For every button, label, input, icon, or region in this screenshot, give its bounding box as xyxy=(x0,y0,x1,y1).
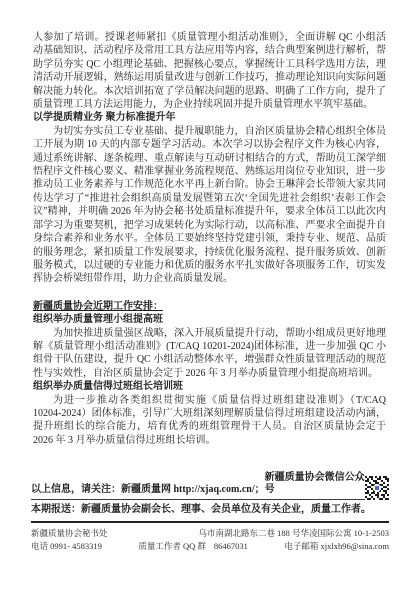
office-address: 乌市南湖北路东二巷 188 号华凌国际公寓 10-1-2503 xyxy=(198,527,389,540)
paragraph-qc-advanced-class: 为加快推进质量强区战略，深入开展质量提升行动，帮助小组成员更好地理解《质量管理小… xyxy=(33,327,386,381)
email-address: xjxlxh96@sina.com xyxy=(320,541,389,551)
divider-line xyxy=(31,499,389,500)
qq-group: 质量工作者 QQ 群86467031 xyxy=(138,540,248,553)
footer-row-contacts: 电话 0991- 4583319 质量工作者 QQ 群86467031 电子邮箱… xyxy=(31,540,389,553)
secretariat-name: 新疆质量协会秘书处 xyxy=(31,527,108,540)
website-link[interactable]: http://xjaq.com.cn/； xyxy=(174,484,265,495)
website-name: 新疆质量网 xyxy=(121,484,174,495)
phone-number: 电话 0991- 4583319 xyxy=(31,540,102,553)
contact-footer: 新疆质量协会秘书处 乌市南湖北路东二巷 188 号华凌国际公寓 10-1-250… xyxy=(31,527,389,553)
newsletter-page: 人参加了培训。授课老师紧扣《质量管理小组活动准则》，全面讲解 QC 小组活动基础… xyxy=(0,0,416,598)
paragraph-training-recap: 人参加了培训。授课老师紧扣《质量管理小组活动准则》，全面讲解 QC 小组活动基础… xyxy=(33,31,386,111)
email-label: 电子邮箱 xyxy=(284,541,318,551)
qq-group-number: 86467031 xyxy=(214,541,248,551)
subheading-team-leader-class: 组织举办质量信得过班组长培训班 xyxy=(33,380,386,393)
follow-prefix-label: 以上信息，请关注： xyxy=(31,484,121,495)
follow-info-text: 以上信息，请关注：新疆质量网 http://xjaq.com.cn/； xyxy=(31,484,265,496)
notice-footer-block: 以上信息，请关注：新疆质量网 http://xjaq.com.cn/； 新疆质量… xyxy=(31,472,389,553)
email-contact: 电子邮箱 xjxlxh96@sina.com xyxy=(284,540,389,553)
wechat-qr-code-icon xyxy=(365,476,389,500)
follow-info-row: 以上信息，请关注：新疆质量网 http://xjaq.com.cn/； 新疆质量… xyxy=(31,472,389,496)
paragraph-team-leader-class: 为进一步推动各类组织贯彻实施《质量信得过班组建设准则》（T/CAQ 10204-… xyxy=(33,394,386,448)
footer-row-org-address: 新疆质量协会秘书处 乌市南湖北路东二巷 188 号华凌国际公寓 10-1-250… xyxy=(31,527,389,540)
qq-group-label: 质量工作者 QQ 群 xyxy=(138,541,206,551)
paragraph-internal-study: 为切实夯实员工专业基础、提升履职能力，自治区质量协会精心组织全体员工开展为期 1… xyxy=(33,125,386,286)
wechat-account-label: 新疆质量协会微信公众号 xyxy=(265,472,365,496)
distribution-line: 本期报送：新疆质量协会副会长、理事、会员单位及有关企业，质量工作者。 xyxy=(31,503,389,516)
newsletter-body: 人参加了培训。授课老师紧扣《质量管理小组活动准则》，全面讲解 QC 小组活动基础… xyxy=(33,31,386,447)
footer-divider-line xyxy=(31,521,389,523)
section-heading-upcoming-work: 新疆质量协会近期工作安排： xyxy=(33,300,386,313)
section-heading-study-quality: 以学提质精业务 聚力标准提升年 xyxy=(33,111,386,124)
subheading-qc-advanced-class: 组织举办质量管理小组提高班 xyxy=(33,313,386,326)
